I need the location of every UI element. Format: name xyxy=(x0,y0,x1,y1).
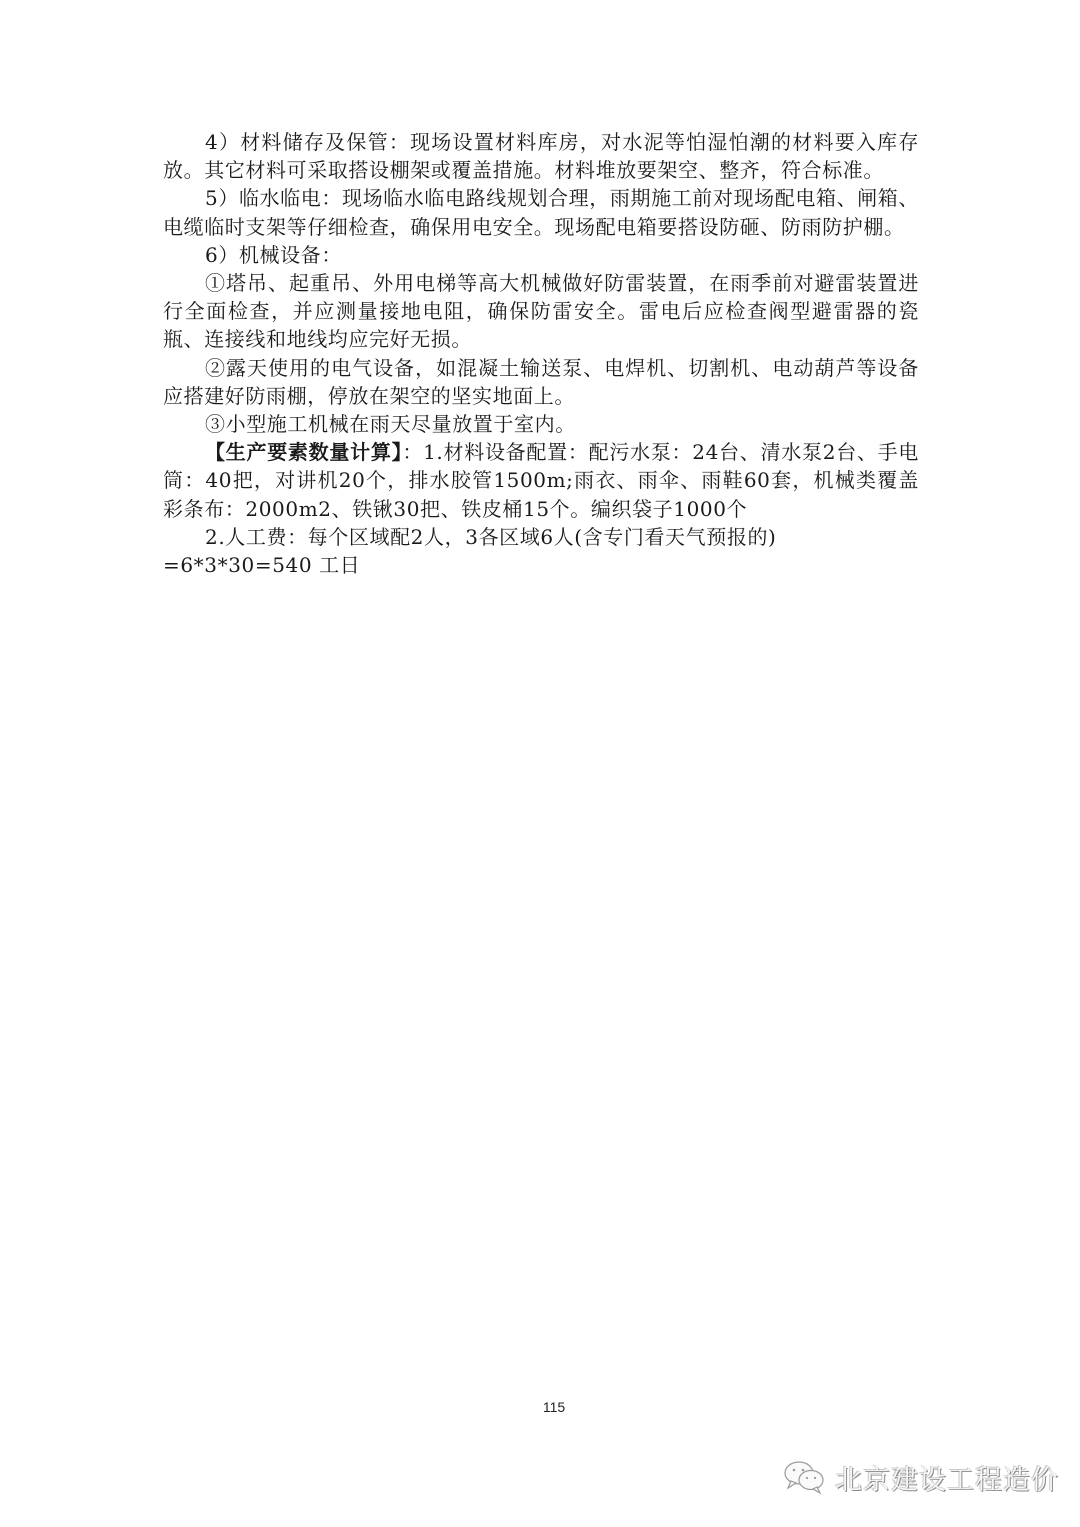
watermark-text: 北京建设工程造价 xyxy=(835,1458,1059,1497)
page-number: 115 xyxy=(0,1399,1080,1415)
watermark: 北京建设工程造价 xyxy=(783,1457,1059,1497)
production-factors-heading: 【生产要素数量计算】 xyxy=(205,440,402,464)
wechat-icon xyxy=(783,1459,827,1495)
paragraph-machinery-item-3: ③小型施工机械在雨天尽量放置于室内。 xyxy=(163,410,919,438)
paragraph-labor-cost: 2.人工费：每个区域配2人，3各区域6人(含专门看天气预报的) xyxy=(163,523,919,551)
document-body: 4）材料储存及保管：现场设置材料库房，对水泥等怕湿怕潮的材料要入库存放。其它材料… xyxy=(163,128,919,579)
paragraph-machinery-item-2: ②露天使用的电气设备，如混凝土输送泵、电焊机、切割机、电动葫芦等设备应搭建好防雨… xyxy=(163,354,919,410)
paragraph-temporary-water-electricity: 5）临水临电：现场临水临电路线规划合理，雨期施工前对现场配电箱、闸箱、电缆临时支… xyxy=(163,184,919,240)
paragraph-machinery-item-1: ①塔吊、起重吊、外用电梯等高大机械做好防雷装置，在雨季前对避雷装置进行全面检查，… xyxy=(163,269,919,354)
document-page: 4）材料储存及保管：现场设置材料库房，对水泥等怕湿怕潮的材料要入库存放。其它材料… xyxy=(0,0,1080,1527)
paragraph-material-storage: 4）材料储存及保管：现场设置材料库房，对水泥等怕湿怕潮的材料要入库存放。其它材料… xyxy=(163,128,919,184)
paragraph-production-factors: 【生产要素数量计算】：1.材料设备配置：配污水泵：24台、清水泵2台、手电筒：4… xyxy=(163,438,919,523)
paragraph-labor-cost-formula: =6*3*30=540 工日 xyxy=(163,551,919,579)
paragraph-machinery-heading: 6）机械设备： xyxy=(163,241,919,269)
